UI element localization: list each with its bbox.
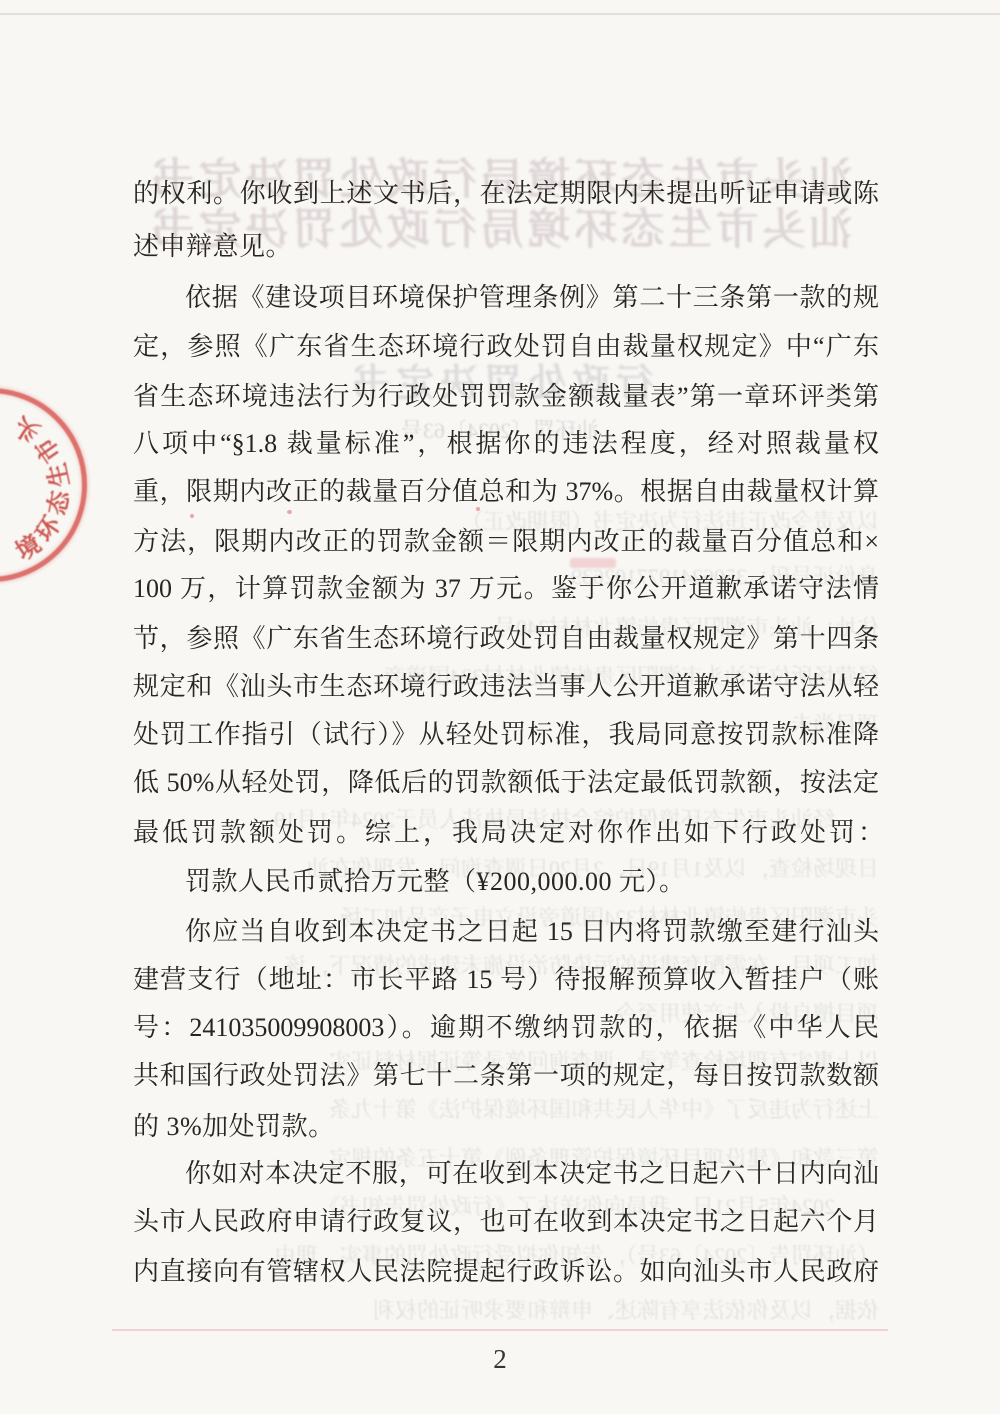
text-line: 共和国行政处罚法》第七十二条第一项的规定，每日按罚款数额 — [133, 1059, 879, 1095]
ink-speck — [190, 514, 194, 518]
text-line: 你如对本决定不服，可在收到本决定书之日起六十日内向汕 — [133, 1157, 879, 1193]
text-line: 的 3%加处罚款。 — [133, 1110, 879, 1146]
text-line: 的权利。你收到上述文书后，在法定期限内未提出听证申请或陈 — [133, 177, 879, 213]
text-line: 八项中“§1.8 裁量标准”，根据你的违法程度，经对照裁量权 — [133, 427, 879, 463]
text-line-penalty-amount: 罚款人民币贰拾万元整（¥200,000.00 元）。 — [133, 865, 879, 901]
bleedthrough-body-line: 依据，以及你依法享有陈述、申辩和要求听证的权利 — [125, 1294, 879, 1325]
scanned-document-page: { "document": { "type": "行政处罚决定书（扫描件，第2页… — [0, 0, 1000, 1414]
text-line: 规定和《汕头市生态环境行政违法当事人公开道歉承诺守法从轻 — [133, 670, 879, 706]
text-line: 述申辩意见。 — [133, 230, 879, 266]
text-line: 依据《建设项目环境保护管理条例》第二十三条第一款的规 — [133, 281, 879, 317]
text-line: 建营支行（地址：市长平路 15 号）待报解预算收入暂挂户（账 — [133, 963, 879, 999]
text-line: 100 万，计算罚款金额为 37 万元。鉴于你公开道歉承诺守法情 — [133, 572, 879, 608]
text-line: 低 50%从轻处罚，降低后的罚款额低于法定最低罚款额，按法定 — [133, 766, 879, 802]
text-line: 处罚工作指引（试行）》从轻处罚标准，我局同意按罚款标准降 — [133, 718, 879, 754]
text-line: 你应当自收到本决定书之日起 15 日内将罚款缴至建行汕头 — [133, 915, 879, 951]
text-line-account-number: 号：241035009908003）。逾期不缴纳罚款的，依据《中华人民 — [133, 1011, 879, 1047]
text-line: 省生态环境违法行为行政处罚罚款金额裁量表”第一章环评类第 — [133, 380, 879, 416]
text-line: 内直接向有管辖权人民法院提起行政诉讼。如向汕头市人民政府 — [133, 1255, 879, 1291]
text-line: 节，参照《广东省生态环境行政处罚自由裁量权规定》第十四条 — [133, 622, 879, 658]
text-line: 定，参照《广东省生态环境行政处罚自由裁量权规定》中“广东 — [133, 330, 879, 366]
page-number: 2 — [0, 1344, 1000, 1375]
scan-edge-artifact — [0, 13, 1000, 15]
text-line: 最低罚款额处罚。综上，我局决定对你作出如下行政处罚： — [133, 816, 879, 852]
text-line: 方法，限期内改正的罚款金额＝限期内改正的裁量百分值总和× — [133, 525, 879, 561]
text-line: 头市人民政府申请行政复议，也可在收到本决定书之日起六个月 — [133, 1205, 879, 1241]
text-line: 重，限期内改正的裁量百分值总和为 37%。根据自由裁量权计算 — [133, 475, 879, 511]
footer-bleed-line — [112, 1329, 888, 1331]
